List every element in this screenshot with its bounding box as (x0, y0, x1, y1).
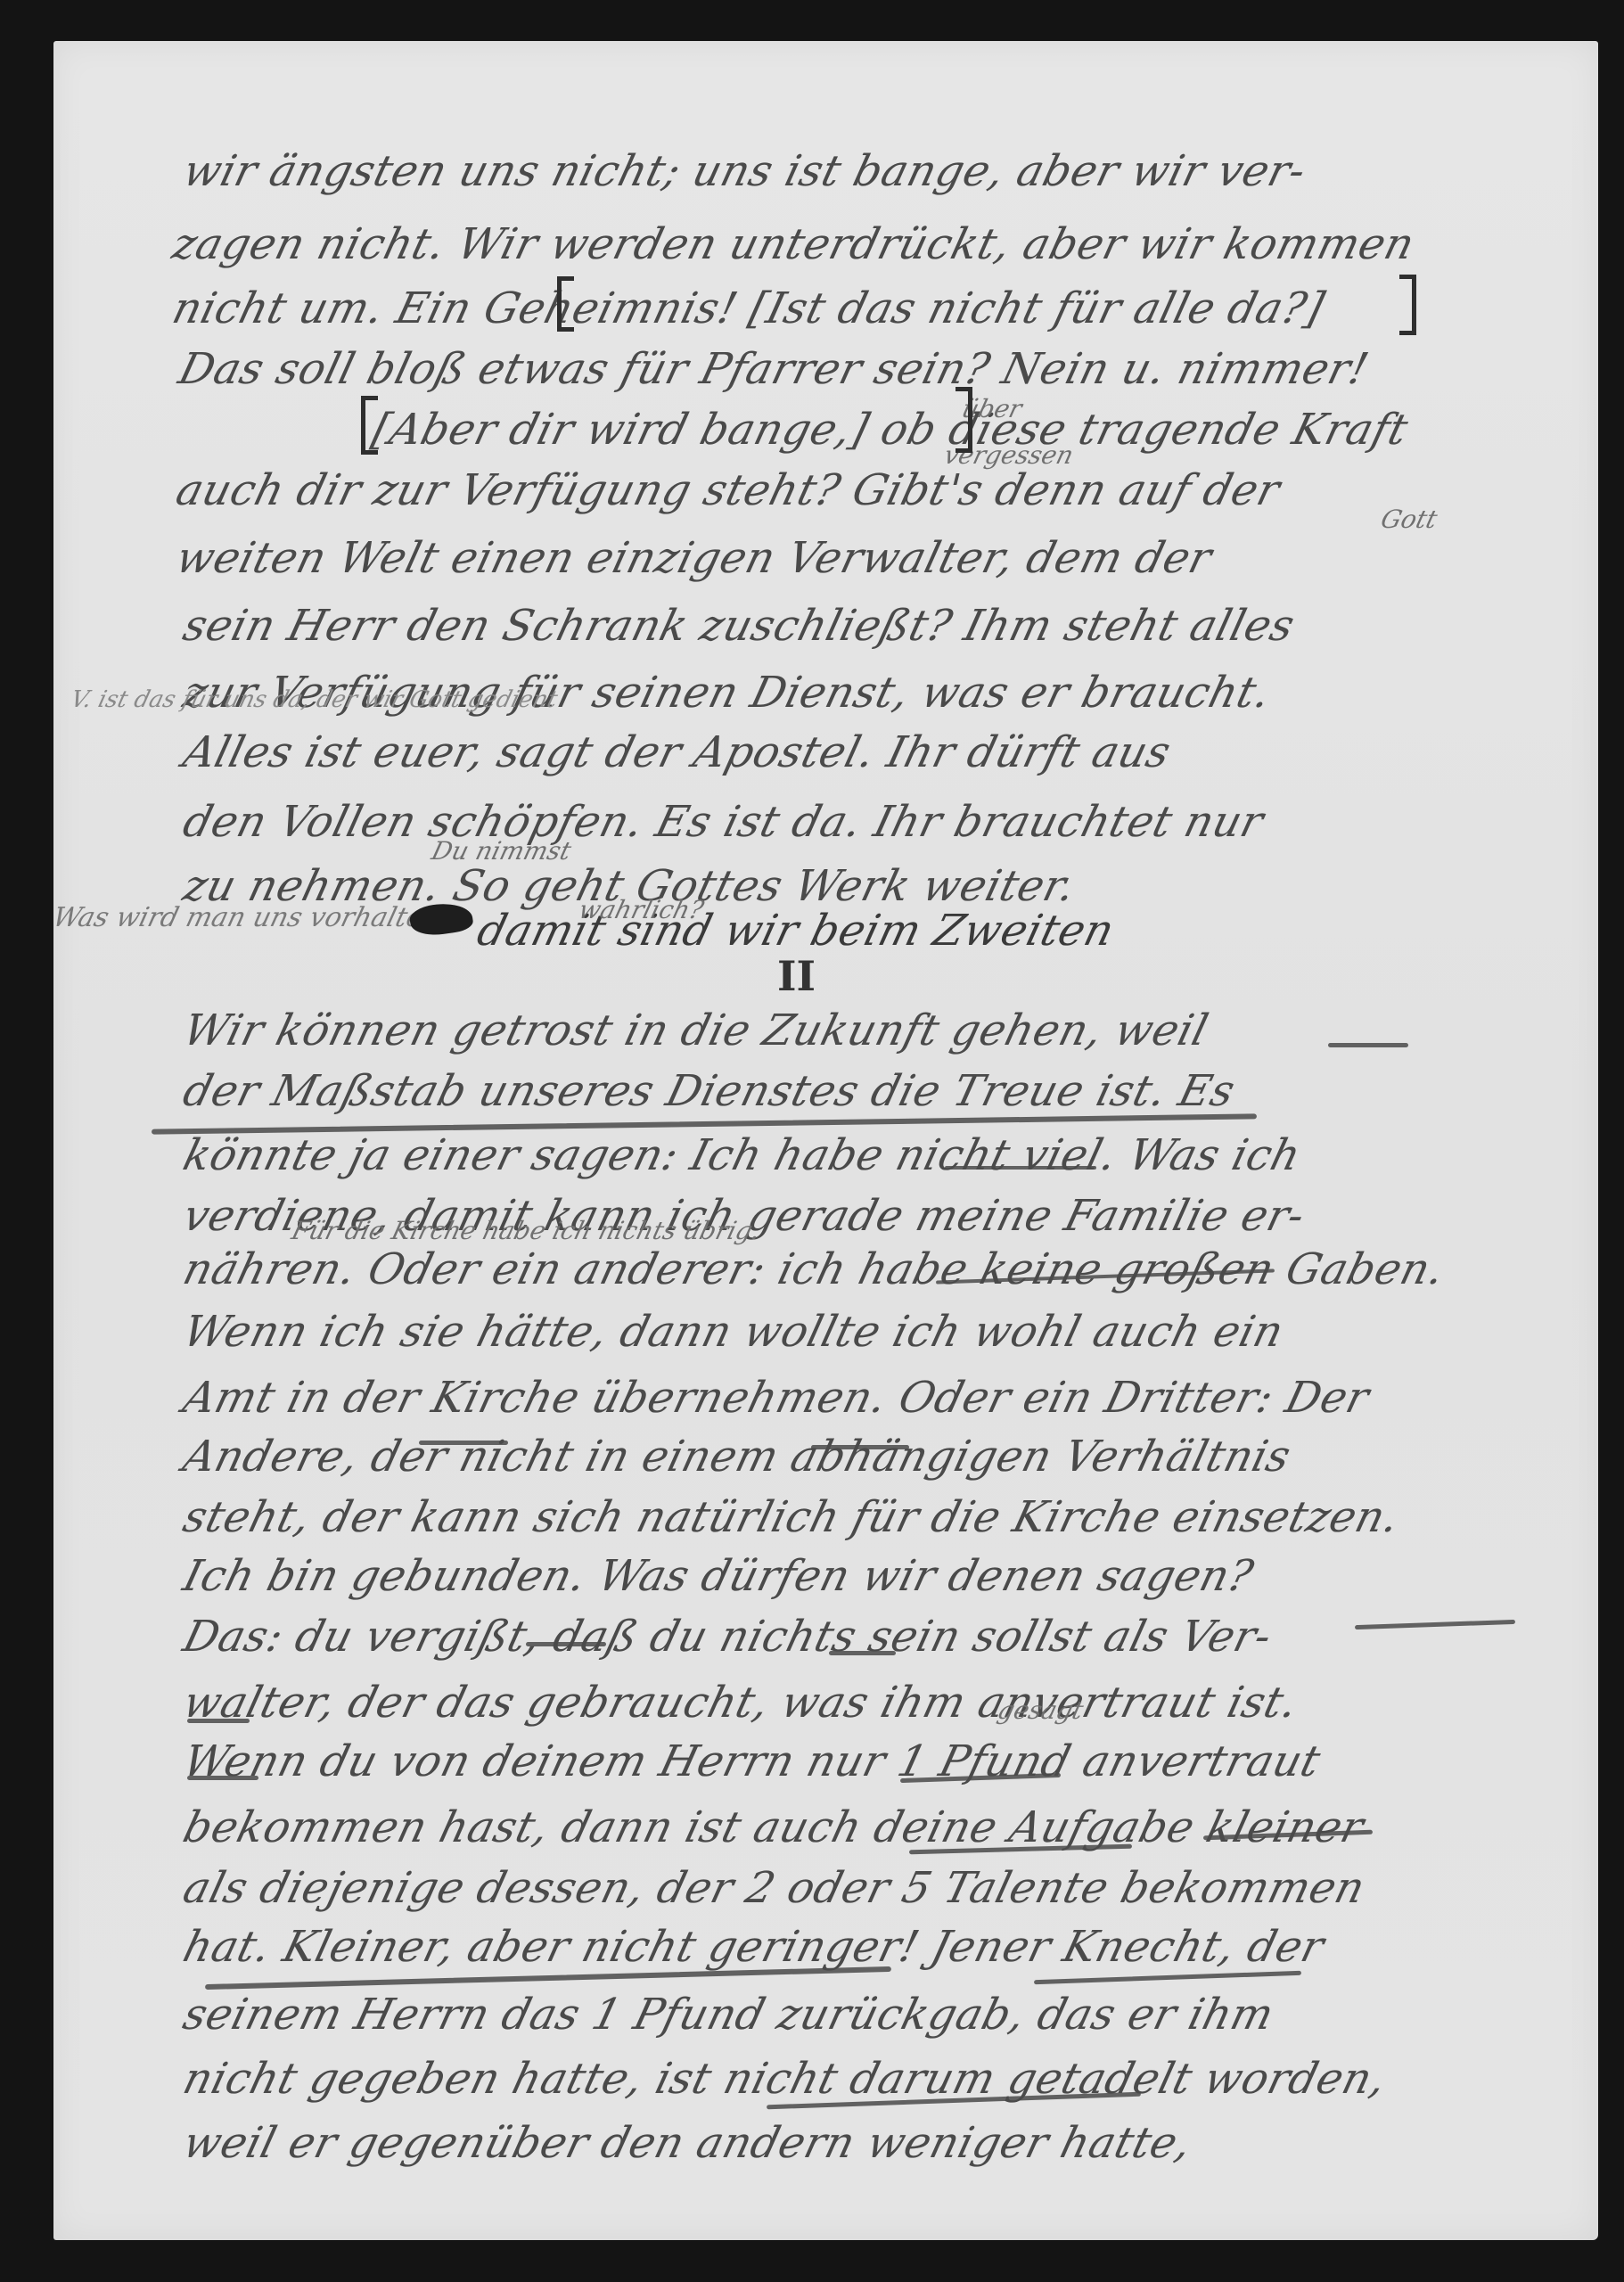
underline (811, 1445, 909, 1449)
text-line-8: sein Herr den Schrank zuschließt? Ihm st… (178, 601, 1300, 651)
text-line-3: nicht um. Ein Geheimnis! [Ist das nicht … (168, 283, 1329, 333)
text-line-28: als diejenige dessen, der 2 oder 5 Talen… (178, 1863, 1370, 1913)
text-line-16: könnte ja einer sagen: Ich habe nicht vi… (178, 1130, 1306, 1180)
margin-note: Was wird man uns vorhalten? (50, 902, 458, 933)
underline (526, 1642, 606, 1646)
text-line-25: walter, der das gebraucht, was ihm anver… (178, 1678, 1303, 1728)
interlinear-note: Gott (1378, 505, 1440, 534)
text-line-7: weiten Welt einen einzigen Verwalter, de… (171, 533, 1217, 583)
text-line-23: Ich bin gebunden. Was dürfen wir denen s… (178, 1551, 1259, 1601)
interlinear-note: wahrlich? (576, 895, 707, 924)
underline (945, 1166, 1096, 1170)
text-line-24: Das: du vergißt, daß du nichts sein soll… (178, 1612, 1276, 1662)
text-line-4: Das soll bloß etwas für Pfarrer sein? Ne… (174, 344, 1374, 394)
underline (419, 1441, 508, 1445)
text-line-20: Amt in der Kirche übernehmen. Oder ein D… (178, 1373, 1374, 1423)
text-line-19: Wenn ich sie hätte, dann wollte ich wohl… (178, 1307, 1289, 1357)
text-line-22: steht, der kann sich natürlich für die K… (178, 1492, 1405, 1542)
text-line-32: weil er gegenüber den andern weniger hat… (178, 2118, 1197, 2168)
text-line-11: den Vollen schöpfen. Es ist da. Ihr brau… (178, 797, 1268, 847)
underline (1034, 1971, 1301, 1984)
underline (187, 1719, 250, 1723)
manuscript-page: wir ängsten uns nicht; uns ist bange, ab… (53, 41, 1598, 2240)
text-line-26: Wenn du von deinem Herrn nur 1 Pfund anv… (178, 1736, 1325, 1786)
text-line-14: Wir können getrost in die Zukunft gehen,… (178, 1006, 1213, 1055)
text-line-29: hat. Kleiner, aber nicht geringer! Jener… (178, 1922, 1329, 1972)
text-line-13: damit sind wir beim Zweiten (472, 906, 1120, 956)
section-numeral: II (777, 952, 816, 1000)
text-line-31: nicht gegeben hatte, ist nicht darum get… (178, 2054, 1391, 2104)
bracket-close (956, 387, 972, 453)
underline (829, 1651, 896, 1655)
text-line-27: bekommen hast, dann ist auch deine Aufga… (178, 1802, 1369, 1852)
underline (187, 1776, 258, 1780)
margin-note: V. ist das für uns da, der wir Gott gedi… (68, 686, 560, 713)
text-line-30: seinem Herrn das 1 Pfund zurückgab, das … (178, 1990, 1279, 2040)
underline (1328, 1043, 1408, 1047)
text-line-1: wir ängsten uns nicht; uns ist bange, ab… (178, 146, 1311, 196)
text-line-5: [Aber dir wird bange,] ob diese tragende… (367, 405, 1413, 455)
interlinear-note: Du nimmst (429, 836, 574, 866)
bracket-open (361, 396, 378, 455)
text-line-6: auch dir zur Verfügung steht? Gibt's den… (171, 465, 1285, 515)
text-line-15: der Maßstab unseres Dienstes die Treue i… (178, 1066, 1240, 1116)
underline (1355, 1620, 1515, 1629)
bracket-close (1399, 275, 1416, 335)
bracket-open (557, 276, 574, 332)
text-line-2: zagen nicht. Wir werden unterdrückt, abe… (168, 219, 1420, 269)
interlinear-note: gesagt (995, 1695, 1087, 1725)
text-line-10: Alles ist euer, sagt der Apostel. Ihr dü… (178, 727, 1176, 777)
text-line-21: Andere, der nicht in einem abhängigen Ve… (178, 1432, 1296, 1482)
interlinear-note: Für die Kirche habe ich nichts übrig. (289, 1216, 764, 1245)
